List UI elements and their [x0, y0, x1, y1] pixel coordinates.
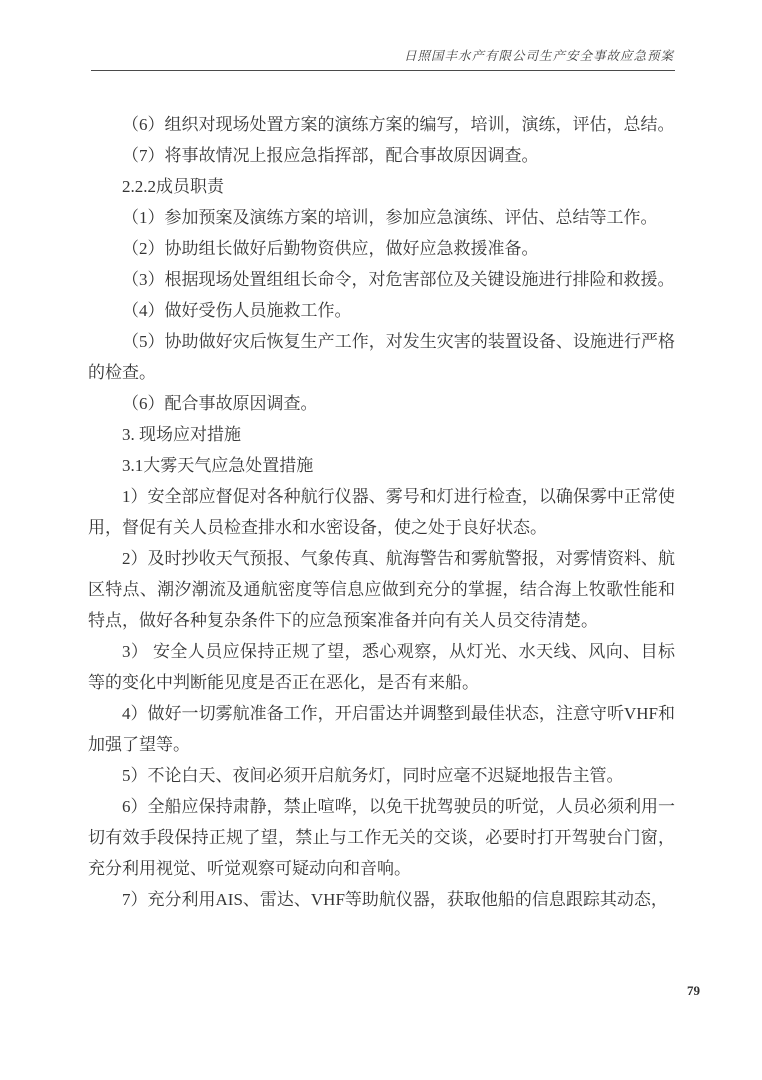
body-paragraph: （5）协助做好灾后恢复生产工作，对发生灾害的装置设备、设施进行严格的检查。 [88, 326, 675, 388]
document-page: 日照国丰水产有限公司生产安全事故应急预案 （6）组织对现场处置方案的演练方案的编… [0, 0, 762, 1080]
header-rule [91, 70, 675, 71]
body-paragraph: 2）及时抄收天气预报、气象传真、航海警告和雾航警报，对雾情资料、航区特点、潮汐潮… [88, 543, 675, 636]
body-paragraph: （6）配合事故原因调查。 [88, 388, 675, 419]
section-heading-members-duties: 2.2.2成员职责 [88, 171, 675, 202]
section-heading-onsite-measures: 3. 现场应对措施 [88, 419, 675, 450]
body-paragraph: （1）参加预案及演练方案的培训，参加应急演练、评估、总结等工作。 [88, 202, 675, 233]
body-paragraph: 5）不论白天、夜间必须开启航务灯，同时应毫不迟疑地报告主管。 [88, 760, 675, 791]
body-paragraph: （7）将事故情况上报应急指挥部，配合事故原因调查。 [88, 140, 675, 171]
page-number: 79 [687, 983, 700, 999]
body-paragraph: （2）协助组长做好后勤物资供应，做好应急救援准备。 [88, 233, 675, 264]
body-paragraph: （6）组织对现场处置方案的演练方案的编写，培训，演练，评估，总结。 [88, 109, 675, 140]
section-heading-fog-measures: 3.1大雾天气应急处置措施 [88, 450, 675, 481]
body-paragraph: 3） 安全人员应保持正规了望，悉心观察，从灯光、水天线、风向、目标等的变化中判断… [88, 636, 675, 698]
body-paragraph: 7）充分利用AIS、雷达、VHF等助航仪器，获取他船的信息跟踪其动态， [88, 884, 675, 915]
body-paragraph: （3）根据现场处置组组长命令，对危害部位及关键设施进行排险和救援。 [88, 264, 675, 295]
page-header-title: 日照国丰水产有限公司生产安全事故应急预案 [92, 46, 674, 64]
document-body: （6）组织对现场处置方案的演练方案的编写，培训，演练，评估，总结。 （7）将事故… [88, 109, 675, 915]
body-paragraph: （4）做好受伤人员施救工作。 [88, 295, 675, 326]
body-paragraph: 4）做好一切雾航准备工作，开启雷达并调整到最佳状态，注意守听VHF和加强了望等。 [88, 698, 675, 760]
body-paragraph: 6）全船应保持肃静，禁止喧哗，以免干扰驾驶员的听觉，人员必须利用一切有效手段保持… [88, 791, 675, 884]
body-paragraph: 1）安全部应督促对各种航行仪器、雾号和灯进行检查，以确保雾中正常使用，督促有关人… [88, 481, 675, 543]
